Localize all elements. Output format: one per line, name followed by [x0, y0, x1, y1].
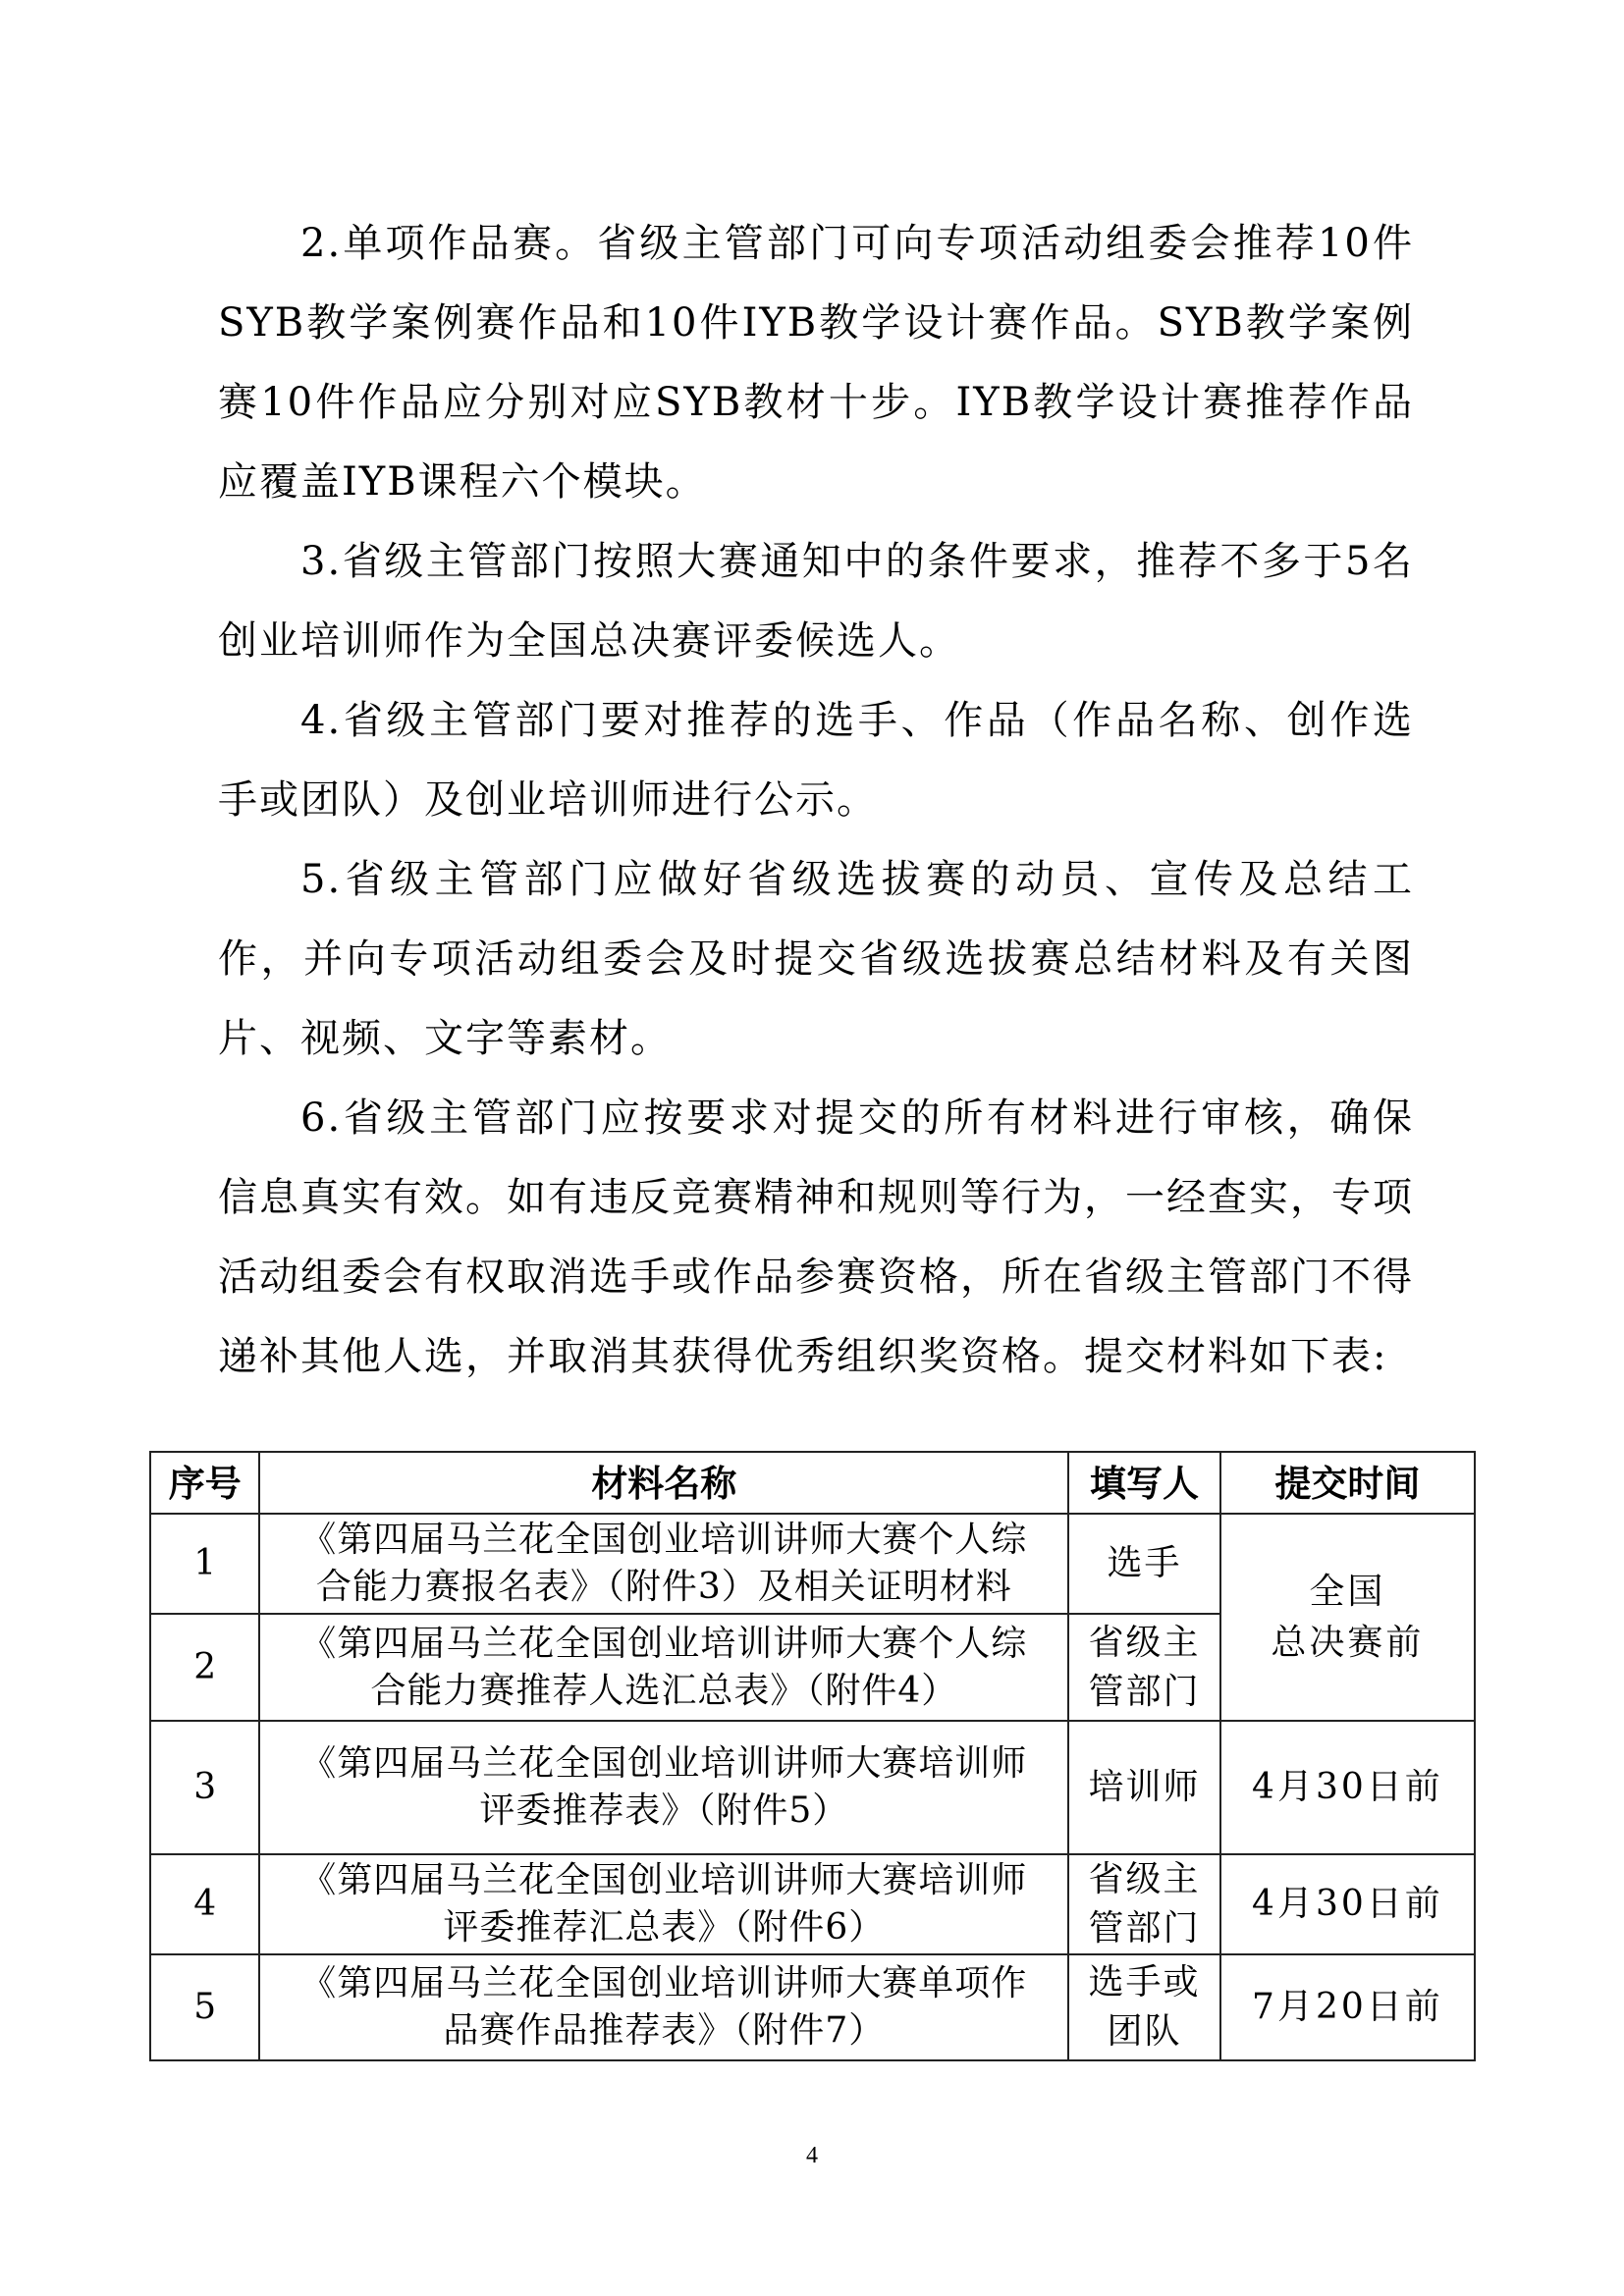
- cell-filler-line: 省级主: [1069, 1855, 1219, 1904]
- cell-name: 《第四届马兰花全国创业培训讲师大赛培训师 评委推荐汇总表》（附件6）: [259, 1854, 1068, 1954]
- cell-filler: 省级主 管部门: [1068, 1614, 1220, 1721]
- cell-name-line: 合能力赛报名表》（附件3）及相关证明材料: [260, 1564, 1067, 1611]
- cell-filler-line: 选手或: [1069, 1958, 1219, 2007]
- body-text: 2.单项作品赛。省级主管部门可向专项活动组委会推荐10件SYB教学案例赛作品和1…: [218, 204, 1414, 1397]
- materials-table: 序号 材料名称 填写人 提交时间 1 《第四届马兰花全国创业培训讲师大赛个人综 …: [149, 1451, 1476, 2061]
- page-number: 4: [0, 2143, 1624, 2169]
- cell-time-line: 总决赛前: [1221, 1618, 1474, 1669]
- cell-name-line: 《第四届马兰花全国创业培训讲师大赛个人综: [260, 1517, 1067, 1564]
- cell-filler: 省级主 管部门: [1068, 1854, 1220, 1954]
- cell-name-line: 品赛作品推荐表》（附件7）: [260, 2007, 1067, 2055]
- cell-filler: 选手或 团队: [1068, 1954, 1220, 2060]
- header-time: 提交时间: [1220, 1452, 1475, 1514]
- document-page: 2.单项作品赛。省级主管部门可向专项活动组委会推荐10件SYB教学案例赛作品和1…: [0, 0, 1624, 2296]
- cell-no: 4: [150, 1854, 259, 1954]
- paragraph-item-4: 4.省级主管部门要对推荐的选手、作品（作品名称、创作选手或团队）及创业培训师进行…: [218, 681, 1414, 840]
- table-row: 4 《第四届马兰花全国创业培训讲师大赛培训师 评委推荐汇总表》（附件6） 省级主…: [150, 1854, 1475, 1954]
- cell-filler-line: 省级主: [1069, 1619, 1219, 1668]
- cell-name-line: 《第四届马兰花全国创业培训讲师大赛个人综: [260, 1621, 1067, 1668]
- cell-name-line: 合能力赛推荐人选汇总表》（附件4）: [260, 1668, 1067, 1715]
- cell-name: 《第四届马兰花全国创业培训讲师大赛个人综 合能力赛推荐人选汇总表》（附件4）: [259, 1614, 1068, 1721]
- cell-no: 1: [150, 1514, 259, 1614]
- cell-time: 7月20日前: [1220, 1954, 1475, 2060]
- cell-name: 《第四届马兰花全国创业培训讲师大赛单项作 品赛作品推荐表》（附件7）: [259, 1954, 1068, 2060]
- cell-no: 3: [150, 1721, 259, 1854]
- cell-name-line: 《第四届马兰花全国创业培训讲师大赛培训师: [260, 1740, 1067, 1788]
- cell-filler-line: 管部门: [1069, 1668, 1219, 1717]
- cell-name-line: 评委推荐表》（附件5）: [260, 1788, 1067, 1835]
- header-no: 序号: [150, 1452, 259, 1514]
- header-filler: 填写人: [1068, 1452, 1220, 1514]
- table-row: 1 《第四届马兰花全国创业培训讲师大赛个人综 合能力赛报名表》（附件3）及相关证…: [150, 1514, 1475, 1614]
- cell-name-line: 评委推荐汇总表》（附件6）: [260, 1904, 1067, 1951]
- cell-filler: 培训师: [1068, 1721, 1220, 1854]
- paragraph-item-5: 5.省级主管部门应做好省级选拔赛的动员、宣传及总结工作，并向专项活动组委会及时提…: [218, 840, 1414, 1079]
- cell-time-line: 全国: [1221, 1567, 1474, 1618]
- cell-filler-line: 管部门: [1069, 1904, 1219, 1953]
- cell-time: 4月30日前: [1220, 1854, 1475, 1954]
- cell-filler-line: 团队: [1069, 2007, 1219, 2056]
- cell-name-line: 《第四届马兰花全国创业培训讲师大赛培训师: [260, 1857, 1067, 1904]
- paragraph-item-3: 3.省级主管部门按照大赛通知中的条件要求，推荐不多于5名创业培训师作为全国总决赛…: [218, 522, 1414, 681]
- table-row: 3 《第四届马兰花全国创业培训讲师大赛培训师 评委推荐表》（附件5） 培训师 4…: [150, 1721, 1475, 1854]
- cell-filler-line: 培训师: [1069, 1763, 1219, 1812]
- table-row: 5 《第四届马兰花全国创业培训讲师大赛单项作 品赛作品推荐表》（附件7） 选手或…: [150, 1954, 1475, 2060]
- paragraph-item-6: 6.省级主管部门应按要求对提交的所有材料进行审核，确保信息真实有效。如有违反竞赛…: [218, 1079, 1414, 1397]
- cell-name: 《第四届马兰花全国创业培训讲师大赛个人综 合能力赛报名表》（附件3）及相关证明材…: [259, 1514, 1068, 1614]
- paragraph-item-2: 2.单项作品赛。省级主管部门可向专项活动组委会推荐10件SYB教学案例赛作品和1…: [218, 204, 1414, 522]
- cell-name-line: 《第四届马兰花全国创业培训讲师大赛单项作: [260, 1960, 1067, 2007]
- cell-filler-line: 选手: [1069, 1539, 1219, 1588]
- cell-time-merged: 全国 总决赛前: [1220, 1514, 1475, 1721]
- header-name: 材料名称: [259, 1452, 1068, 1514]
- cell-no: 2: [150, 1614, 259, 1721]
- cell-name: 《第四届马兰花全国创业培训讲师大赛培训师 评委推荐表》（附件5）: [259, 1721, 1068, 1854]
- cell-no: 5: [150, 1954, 259, 2060]
- cell-time: 4月30日前: [1220, 1721, 1475, 1854]
- table-header-row: 序号 材料名称 填写人 提交时间: [150, 1452, 1475, 1514]
- cell-filler: 选手: [1068, 1514, 1220, 1614]
